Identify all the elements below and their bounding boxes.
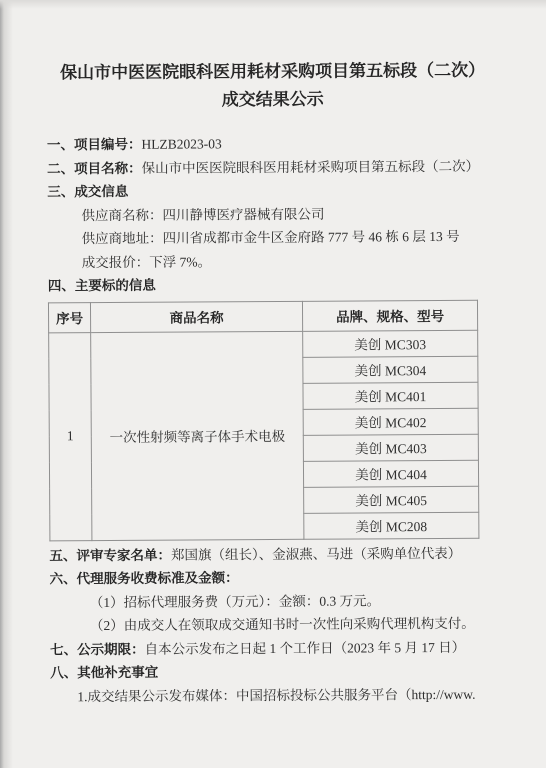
deal-price-line: 成交报价：下浮 7%。 [48,248,500,274]
document-title-line2: 成交结果公示 [47,85,499,116]
section-agency-fee-heading: 六、代理服务收费标准及金额： [50,565,502,591]
table-cell-model: 美创 MC208 [304,512,479,539]
deal-price-label: 成交报价： [82,254,150,269]
table-header-product: 商品名称 [90,301,302,332]
supplier-name-line: 供应商名称：四川静博医疗器械有限公司 [47,201,499,227]
document-page: 保山市中医医院眼科医用耗材采购项目第五标段（二次） 成交结果公示 一、项目编号：… [0,0,546,768]
supplier-address-line: 供应商地址：四川省成都市金牛区金府路 777 号 46 栋 6 层 13 号 [48,225,500,251]
table-cell-seq: 1 [49,332,92,540]
table-cell-model: 美创 MC403 [303,434,478,461]
section-project-number: 一、项目编号：HLZB2023-03 [47,131,499,157]
project-number-value: HLZB2023-03 [141,136,221,151]
experts-label: 五、评审专家名单： [49,547,171,563]
table-cell-model: 美创 MC405 [304,486,479,513]
project-name-value: 保山市中医医院眼科医用耗材采购项目第五标段（二次） [142,158,480,175]
table-cell-model: 美创 MC404 [303,460,478,487]
project-number-label: 一、项目编号： [47,137,142,153]
section-project-name: 二、项目名称：保山市中医医院眼科医用耗材采购项目第五标段（二次） [47,154,499,180]
experts-value: 郑国旗（组长）、金淑燕、马进（采购单位代表） [171,545,461,562]
section-experts: 五、评审专家名单：郑国旗（组长）、金淑燕、马进（采购单位代表） [49,541,501,567]
section-subject-heading: 四、主要标的信息 [48,272,500,298]
agency-fee-item2: （2）由成交人在领取成交通知书时一次性向采购代理机构支付。 [50,612,502,638]
table-cell-product-name: 一次性射频等离子体手术电极 [91,331,304,540]
table-header-brand-spec: 品牌、规格、型号 [302,300,477,331]
section-deal-info-heading: 三、成交信息 [47,178,499,204]
table-cell-model: 美创 MC304 [303,356,478,383]
supplier-name-label: 供应商名称： [81,207,162,222]
project-name-label: 二、项目名称： [47,160,142,176]
supplier-address-value: 四川省成都市金牛区金府路 777 号 46 栋 6 层 13 号 [163,229,460,246]
supplier-name-value: 四川静博医疗器械有限公司 [162,206,324,222]
table-row: 1 一次性射频等离子体手术电极 美创 MC303 [49,330,478,359]
table-header-row: 序号 商品名称 品牌、规格、型号 [48,300,477,333]
table-cell-model: 美创 MC303 [303,330,478,357]
deal-price-value: 下浮 7%。 [149,254,211,269]
publicity-period-value: 自本公示发布之日起 1 个工作日（2023 年 5 月 17 日） [145,639,466,656]
section-other-heading: 八、其他补充事宜 [50,659,502,685]
table-cell-model: 美创 MC402 [303,408,478,435]
table-header-seq: 序号 [48,302,90,332]
table-cell-model: 美创 MC401 [303,382,478,409]
agency-fee-item1: （1）招标代理服务费（万元）：金额：0.3 万元。 [50,588,502,614]
publicity-period-label: 七、公示期限： [50,641,145,657]
subject-info-table: 序号 商品名称 品牌、规格、型号 1 一次性射频等离子体手术电极 美创 MC30… [48,299,479,541]
other-item1: 1.成交结果公示发布媒体：中国招标投标公共服务平台（http://www. [50,682,502,708]
section-publicity-period: 七、公示期限：自本公示发布之日起 1 个工作日（2023 年 5 月 17 日） [50,635,502,661]
document-title-line1: 保山市中医医院眼科医用耗材采购项目第五标段（二次） [46,57,498,88]
document-title: 保山市中医医院眼科医用耗材采购项目第五标段（二次） 成交结果公示 [46,57,498,116]
supplier-address-label: 供应商地址： [82,231,163,246]
